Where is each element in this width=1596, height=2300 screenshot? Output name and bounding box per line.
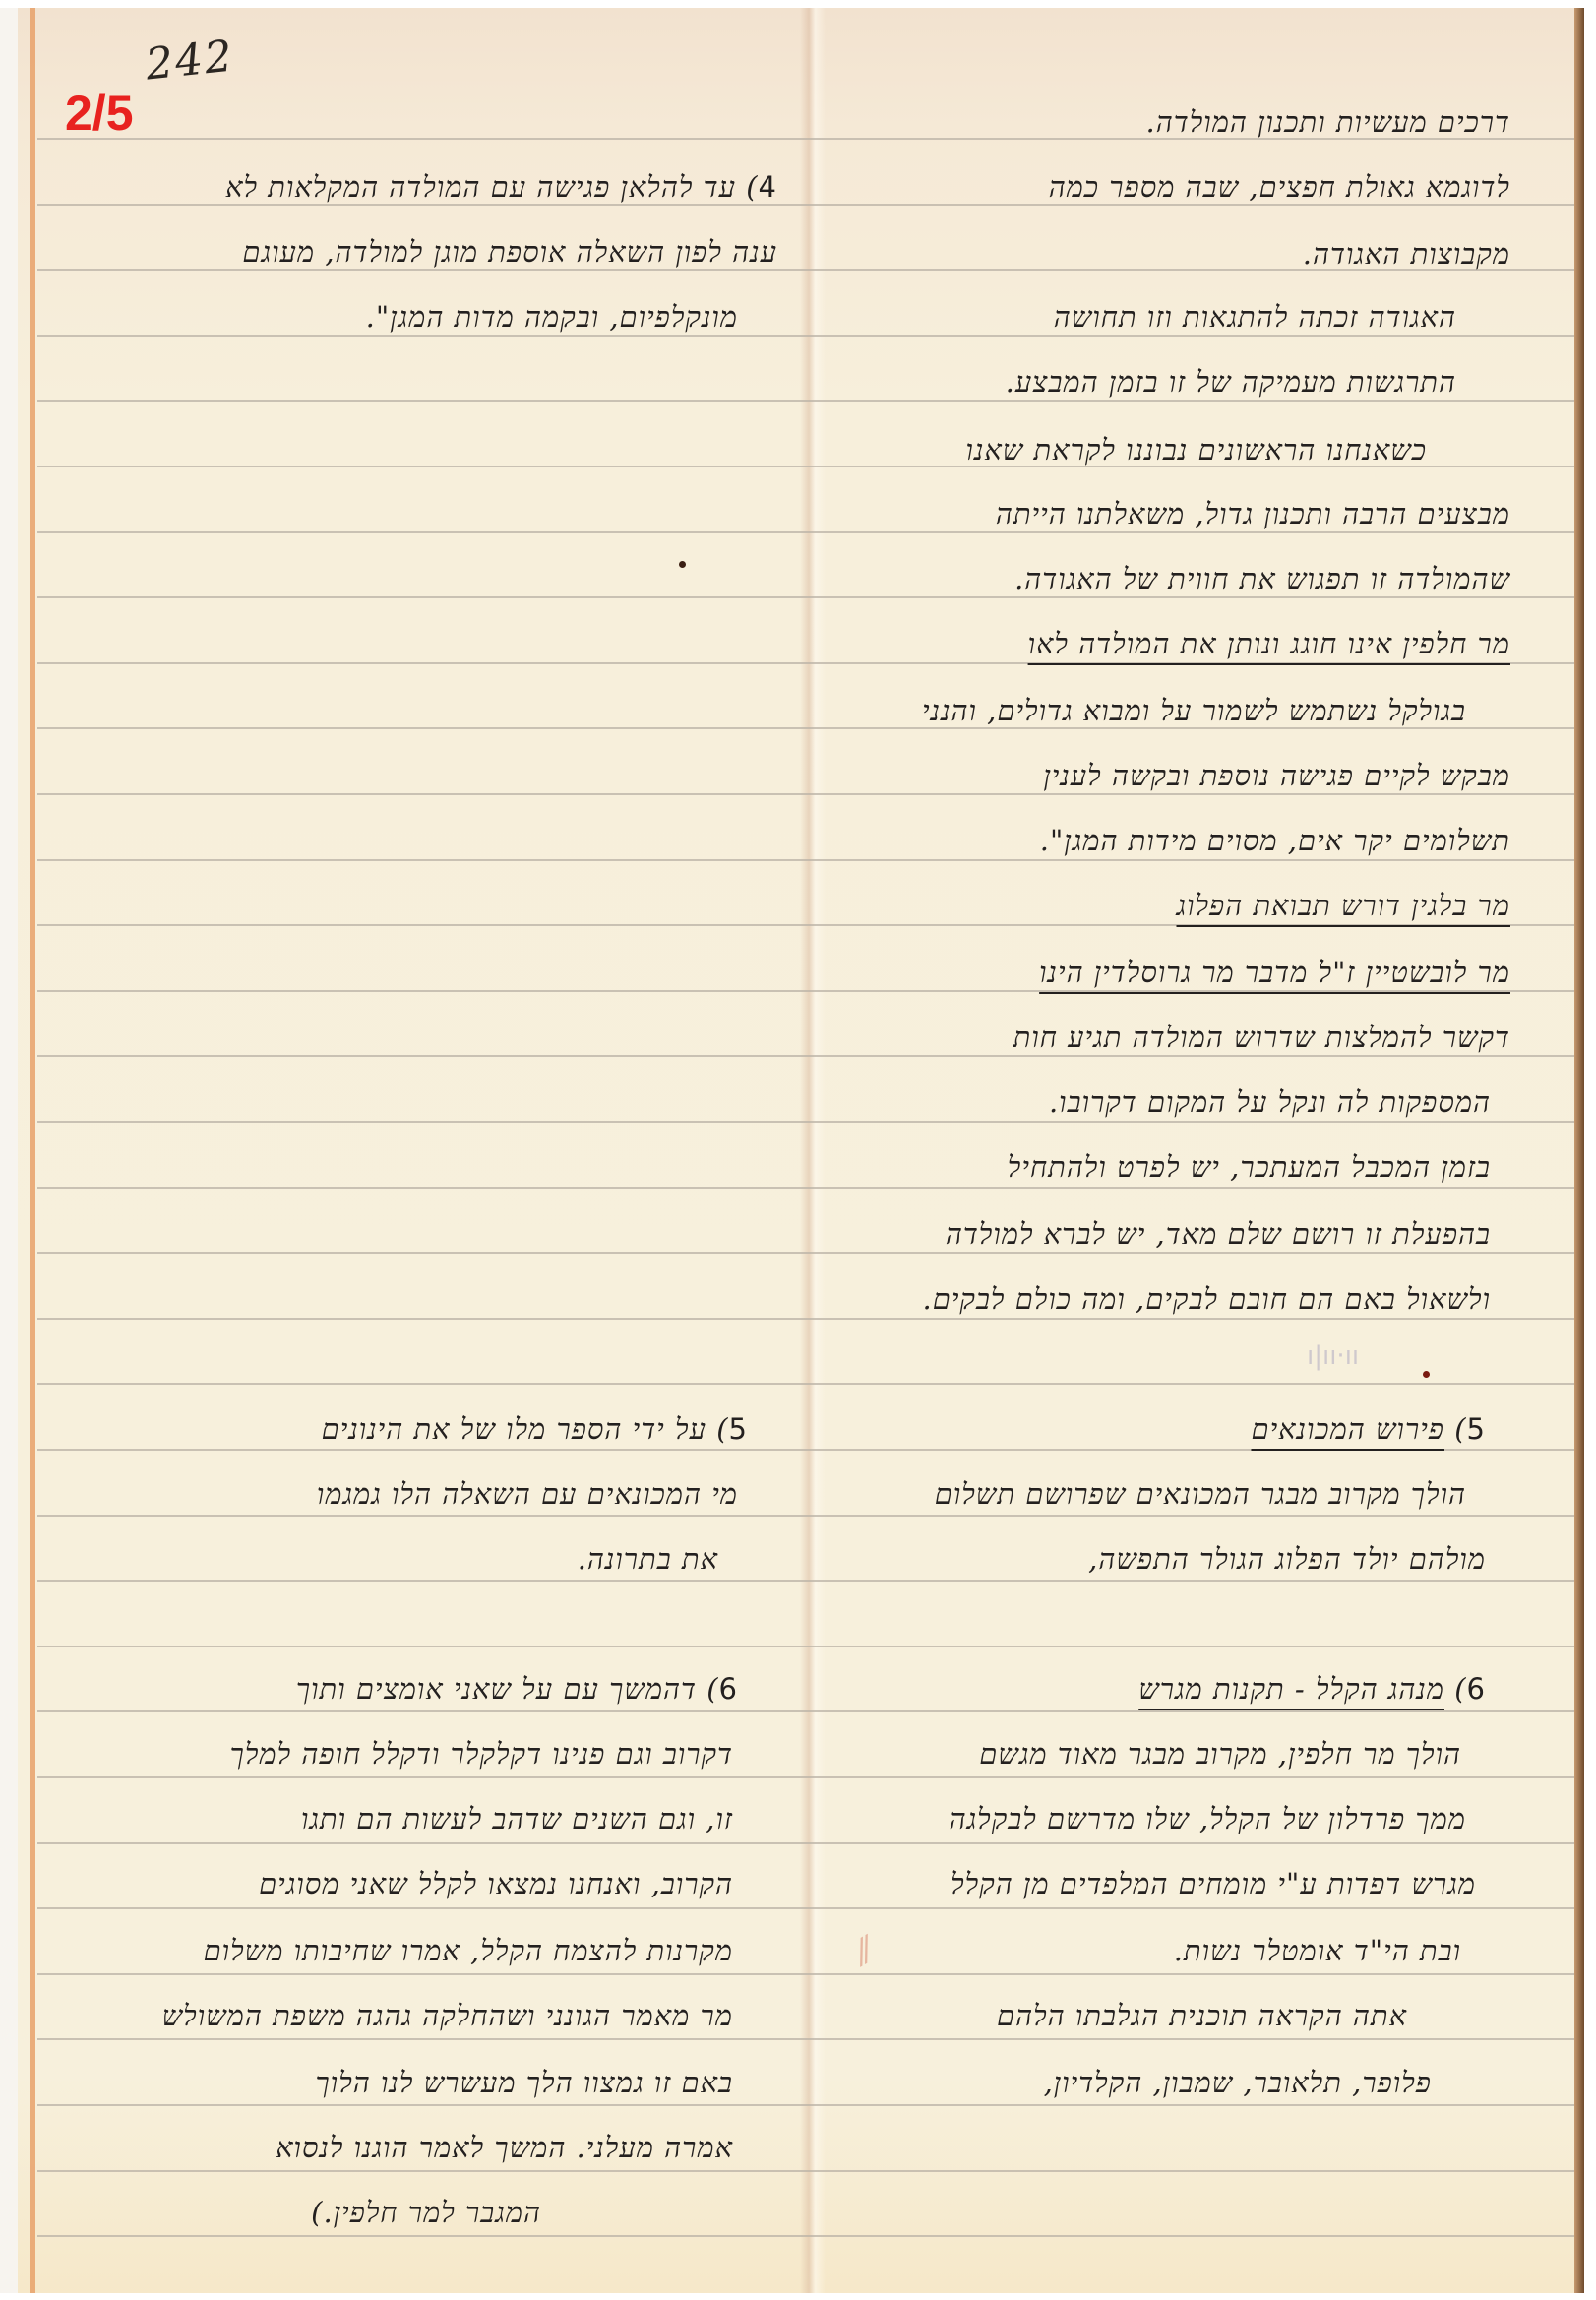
text-line: תשלומים יקר אים, מסוים מידות המגן". xyxy=(1040,827,1510,855)
red-scribble: ⁄⁄ xyxy=(850,1932,880,1971)
text-line: הולך מר חלפין, מקרוב מבגר מאוד מגשם xyxy=(979,1740,1461,1769)
notebook-page: 242 2/5 דרכים מעשיות ותכנון המולדה. לדוג… xyxy=(18,8,1584,2293)
section-6-heading: 6) מנהג הקלל - תקנות מגרש xyxy=(1138,1675,1486,1704)
rule-line xyxy=(37,1055,1574,1057)
text-line: שהמולדה זו תפגוש את חווית של האגודה. xyxy=(1014,565,1510,593)
section-number: 6 xyxy=(1467,1672,1486,1706)
rule-line xyxy=(37,1710,1574,1712)
text-line: את בתרונה. xyxy=(578,1545,718,1574)
rule-line xyxy=(37,1646,1574,1647)
rule-line xyxy=(37,1580,1574,1582)
text-line: מגרש דפדות ע"י מומחים המלפדים מן הקלל xyxy=(951,1870,1476,1898)
rule-line xyxy=(37,1121,1574,1123)
text-line: בזמן המכבל המעתכר, יש לפרט ולהתחיל xyxy=(1008,1153,1491,1182)
text-line: מי המכונאים עם השאלה הלו גמגמו xyxy=(317,1480,738,1509)
rule-line xyxy=(37,662,1574,664)
text-line: זו, וגם השנים שדהב לעשות הם ותגו xyxy=(301,1805,733,1834)
section-title: פירוש המכונאים xyxy=(1251,1412,1444,1446)
rule-line xyxy=(37,924,1574,926)
text-line: האגודה זכתה להתגאות וזו תחושה xyxy=(1054,303,1456,332)
text-line: דהמשך עם על שאני אומצים ותוך xyxy=(296,1672,697,1706)
rule-line xyxy=(37,1318,1574,1320)
text-line: ולשאול באם הם חובם לבקים, ומה כולם לבקים… xyxy=(923,1285,1491,1314)
text-line: בגולקל נשתמש לשמור על ומבוא גדולים, והננ… xyxy=(922,697,1466,725)
section-6-line: 6) דהמשך עם על שאני אומצים ותוך xyxy=(296,1675,738,1704)
text-line: ממך פרדלון של הקלל, שלו מדרשם לבקלגה xyxy=(950,1805,1466,1834)
section-number: 6 xyxy=(719,1672,738,1706)
pencil-mark: ı|ıı·ıı xyxy=(1307,1341,1359,1371)
page-edge xyxy=(1574,8,1584,2293)
section-number: 4 xyxy=(759,170,777,204)
text-line: ובת הי"ד אומטלר נשות. xyxy=(1174,1937,1461,1965)
rule-line xyxy=(37,1776,1574,1778)
text-line: התרגשות מעמיקה של זו בזמן המבצע. xyxy=(1006,368,1456,397)
rule-line xyxy=(37,1515,1574,1517)
text-line: הקרוב, ואנחנו נמצאו לקלל שאני מסוגים xyxy=(259,1870,733,1898)
rule-line xyxy=(37,859,1574,861)
rule-line xyxy=(37,596,1574,598)
section-4-line: 4) עד להלאן פגישה עם המולדה המקלאות לא xyxy=(225,173,777,202)
text-line: פלופר, תלאובר, שמבון, הקלדיון, xyxy=(1044,2069,1432,2097)
ink-dot xyxy=(679,561,686,568)
rule-line xyxy=(37,1252,1574,1254)
rule-line xyxy=(37,2104,1574,2106)
sheet-label: 2/5 xyxy=(65,85,134,142)
rule-line xyxy=(37,1907,1574,1909)
speaker-line: מר לובשטיין ז"ל מדבר מר גרוסלדין הינו xyxy=(1039,959,1510,987)
rule-line xyxy=(37,2170,1574,2172)
rule-line xyxy=(37,793,1574,795)
text-line: המגבר למר חלפין.) xyxy=(311,2199,541,2227)
text-line: דקרוב וגם פנינו דקלקלר ודקלל חופה למלך xyxy=(230,1740,733,1769)
rule-line xyxy=(37,531,1574,533)
text-line: הולך מקרוב מבגר המכונאים שפרושם תשלום xyxy=(935,1480,1466,1509)
text-line: מקבוצות האגודה. xyxy=(1303,240,1510,269)
text-line: על ידי הספר מלו של את הינונים xyxy=(322,1412,706,1446)
section-number: 5 xyxy=(729,1412,748,1446)
text-line: כשאנחנו הראשונים נבוננו לקראת שאנו xyxy=(966,436,1427,465)
text-line: מבצעים הרבה ותכנון גדול, משאלתנו הייתה xyxy=(996,500,1510,528)
rule-line xyxy=(37,1973,1574,1975)
page-number: 242 xyxy=(144,31,237,90)
speaker-line: מר בלגין דורש תבואת הפלוג xyxy=(1177,892,1511,920)
section-title: מנהג הקלל - תקנות מגרש xyxy=(1138,1672,1444,1706)
text-line: אמרה מעלני. המשך לאמר הוגנו לנסוא xyxy=(276,2134,733,2162)
rule-line xyxy=(37,990,1574,992)
text-line: בהפעלת זו רושם שלם מאד, יש לברא למולדה xyxy=(946,1220,1491,1249)
rule-line xyxy=(37,2038,1574,2040)
rule-line xyxy=(37,2235,1574,2237)
ink-dot xyxy=(1423,1371,1430,1378)
text-line: עד להלאן פגישה עם המולדה המקלאות לא xyxy=(225,170,736,204)
text-line: מבקש לקיים פגישה נוספת ובקשה לענין xyxy=(1043,762,1510,790)
rule-line xyxy=(37,727,1574,729)
section-5-line: 5) על ידי הספר מלו של את הינונים xyxy=(322,1415,748,1444)
rule-line xyxy=(37,1449,1574,1451)
rule-line xyxy=(37,400,1574,402)
rule-line xyxy=(37,1842,1574,1844)
text-line: המספקות לה ונקל על המקום דקרובו. xyxy=(1049,1088,1491,1117)
speaker-line: מר חלפין אינו חוגג ונותן את המולדה לאו xyxy=(1028,630,1510,658)
text-line: ענה לפון השאלה אוספת מוגן למולדה, מעוגם xyxy=(242,238,777,267)
text-line: לדוגמא גאולת חפצים, שבה מספר כמה xyxy=(1049,173,1510,202)
text-line: מונקלפיום, ובקמה מדות המגן". xyxy=(366,303,738,332)
text-line: אתה הקראה תוכנית הגלבתו הלהם xyxy=(997,2002,1407,2030)
text-line: מולהם יולד הפלוג הגולר התפשה, xyxy=(1088,1545,1486,1574)
text-line: מקרנות להצמח הקלל, אמרו שחיבותו משלום xyxy=(204,1937,733,1965)
rule-line xyxy=(37,1187,1574,1189)
text-line: דקשר להמלצות שדרוש המולדה תגיע חות xyxy=(1013,1024,1510,1052)
center-fold xyxy=(800,8,826,2293)
text-line: מר מאמר הגונני ושהחלקה גהגה משפת המשולש xyxy=(162,2002,733,2030)
rule-line xyxy=(37,335,1574,337)
margin-line xyxy=(30,8,35,2293)
header-line: דרכים מעשיות ותכנון המולדה. xyxy=(1146,108,1510,137)
rule-line xyxy=(37,1383,1574,1385)
section-number: 5 xyxy=(1467,1412,1486,1446)
section-5-heading: 5) פירוש המכונאים xyxy=(1251,1415,1486,1444)
text-line: באם זו גמצוו הלך מעשרש לנו הלוך xyxy=(316,2069,733,2097)
binding-edge xyxy=(0,8,18,2293)
